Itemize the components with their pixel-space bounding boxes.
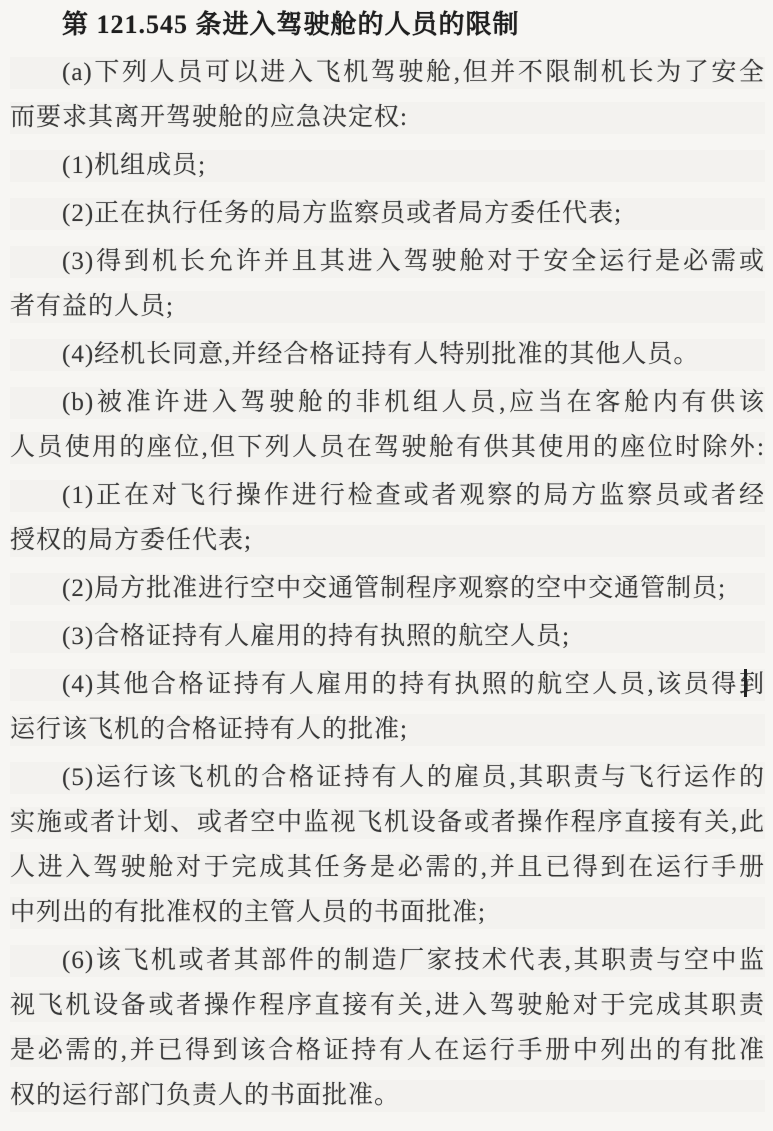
text-line: 权的运行部门负责人的书面批准。 [10,1073,765,1118]
text-line: (4)经机长同意,并经合格证持有人特别批准的其他人员。 [10,332,765,377]
paragraph-a: (a)下列人员可以进入飞机驾驶舱,但并不限制机长为了安全而要求其离开驾驶舱的应急… [10,50,765,140]
text-line: (b)被准许进入驾驶舱的非机组人员,应当在客舱内有供该 [10,380,765,425]
text-line: 中列出的有批准权的主管人员的书面批准; [10,890,765,935]
document-title: 第 121.545 条进入驾驶舱的人员的限制 [10,2,765,47]
paragraph-a1: (1)机组成员; [10,143,765,188]
paragraph-b3: (3)合格证持有人雇用的持有执照的航空人员; [10,614,765,659]
paragraph-b4: (4)其他合格证持有人雇用的持有执照的航空人员,该员得到运行该飞机的合格证持有人… [10,662,765,752]
text-line: 人进入驾驶舱对于完成其任务是必需的,并且已得到在运行手册 [10,845,765,890]
document-body: (a)下列人员可以进入飞机驾驶舱,但并不限制机长为了安全而要求其离开驾驶舱的应急… [10,50,765,1118]
paragraph-b6: (6)该飞机或者其部件的制造厂家技术代表,其职责与空中监视飞机设备或者操作程序直… [10,938,765,1118]
text-line: (4)其他合格证持有人雇用的持有执照的航空人员,该员得到 [10,662,765,707]
scan-cursor-artifact [744,669,747,697]
text-line: (2)局方批准进行空中交通管制程序观察的空中交通管制员; [10,566,765,611]
text-line: (a)下列人员可以进入飞机驾驶舱,但并不限制机长为了安全 [10,50,765,95]
text-line: 运行该飞机的合格证持有人的批准; [10,707,765,752]
text-line: 者有益的人员; [10,284,765,329]
text-line: 是必需的,并已得到该合格证持有人在运行手册中列出的有批准 [10,1028,765,1073]
paragraph-b2: (2)局方批准进行空中交通管制程序观察的空中交通管制员; [10,566,765,611]
text-line: (1)机组成员; [10,143,765,188]
paragraph-b: (b)被准许进入驾驶舱的非机组人员,应当在客舱内有供该人员使用的座位,但下列人员… [10,380,765,470]
paragraph-b1: (1)正在对飞行操作进行检查或者观察的局方监察员或者经授权的局方委任代表; [10,473,765,563]
text-line: (5)运行该飞机的合格证持有人的雇员,其职责与飞行运作的 [10,755,765,800]
paragraph-a3: (3)得到机长允许并且其进入驾驶舱对于安全运行是必需或者有益的人员; [10,239,765,329]
text-line: 视飞机设备或者操作程序直接有关,进入驾驶舱对于完成其职责 [10,983,765,1028]
text-line: (6)该飞机或者其部件的制造厂家技术代表,其职责与空中监 [10,938,765,983]
text-line: (3)得到机长允许并且其进入驾驶舱对于安全运行是必需或 [10,239,765,284]
text-line: 实施或者计划、或者空中监视飞机设备或者操作程序直接有关,此 [10,800,765,845]
paragraph-b5: (5)运行该飞机的合格证持有人的雇员,其职责与飞行运作的实施或者计划、或者空中监… [10,755,765,935]
text-line: (2)正在执行任务的局方监察员或者局方委任代表; [10,191,765,236]
text-line: (1)正在对飞行操作进行检查或者观察的局方监察员或者经 [10,473,765,518]
text-line: 而要求其离开驾驶舱的应急决定权: [10,95,765,140]
text-line: 授权的局方委任代表; [10,518,765,563]
text-line: 人员使用的座位,但下列人员在驾驶舱有供其使用的座位时除外: [10,425,765,470]
text-line: (3)合格证持有人雇用的持有执照的航空人员; [10,614,765,659]
paragraph-a4: (4)经机长同意,并经合格证持有人特别批准的其他人员。 [10,332,765,377]
paragraph-a2: (2)正在执行任务的局方监察员或者局方委任代表; [10,191,765,236]
document-page: 第 121.545 条进入驾驶舱的人员的限制 (a)下列人员可以进入飞机驾驶舱,… [0,0,773,1131]
